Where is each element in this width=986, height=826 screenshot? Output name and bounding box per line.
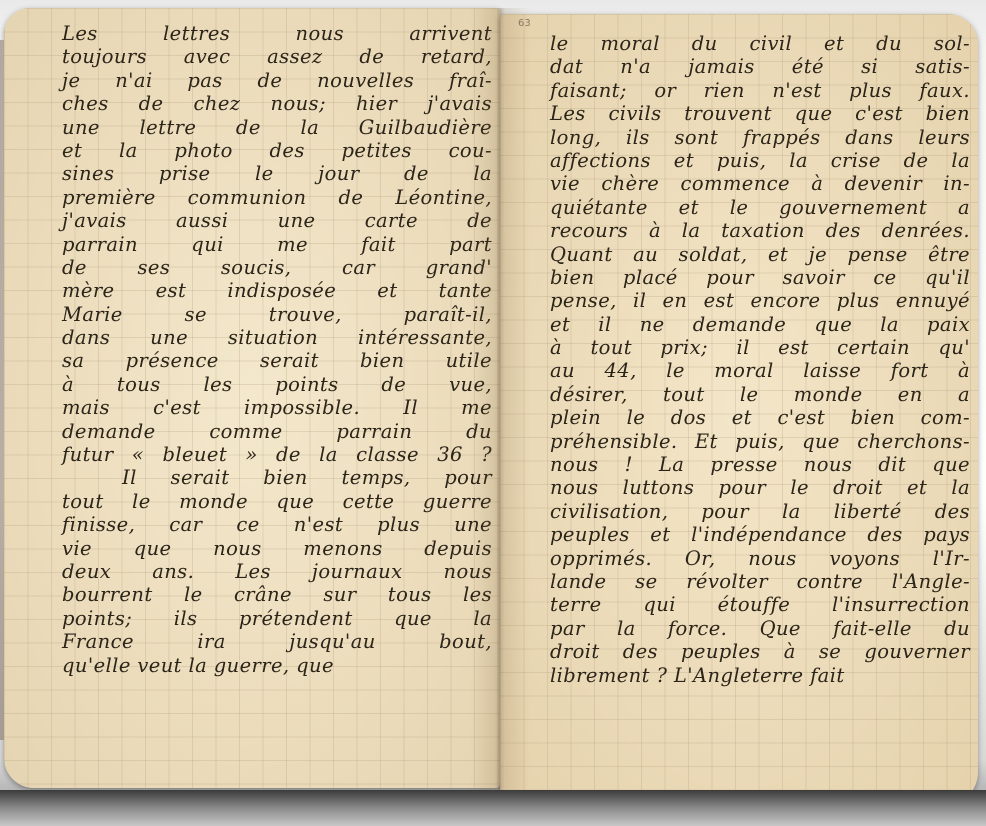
notebook-spread: Les lettres nous arrivent toujours avec … [0, 0, 986, 826]
handwritten-line: affections et puis, la crise de la [550, 149, 970, 172]
handwritten-line: dat n'a jamais été si satis- [550, 55, 970, 78]
handwritten-line: finisse, car ce n'est plus une [62, 513, 492, 536]
handwritten-line: à tout prix; il est certain qu' [550, 336, 970, 359]
handwritten-line: au 44, le moral laisse fort à [550, 359, 970, 382]
handwritten-line: deux ans. Les journaux nous [62, 560, 492, 583]
right-page: 63 le moral du civil et du sol- dat n'a … [500, 14, 978, 806]
handwritten-line: préhensible. Et puis, que cherchons- [550, 430, 970, 453]
handwritten-line: bourrent le crâne sur tous les [62, 583, 492, 606]
handwritten-line-paragraph-start: Il serait bien temps, pour [62, 466, 492, 489]
handwritten-line: plein le dos et c'est bien com- [550, 406, 970, 429]
handwritten-line: nous luttons pour le droit et la [550, 476, 970, 499]
left-page-text: Les lettres nous arrivent toujours avec … [62, 22, 492, 677]
left-page: Les lettres nous arrivent toujours avec … [4, 8, 500, 788]
handwritten-line: qu'elle veut la guerre, que [62, 654, 492, 677]
handwritten-line: mère est indisposée et tante [62, 279, 492, 302]
handwritten-line: dans une situation intéressante, [62, 326, 492, 349]
handwritten-line: tout le monde que cette guerre [62, 490, 492, 513]
handwritten-line: je n'ai pas de nouvelles fraî- [62, 69, 492, 92]
handwritten-line: droit des peuples à se gouverner [550, 640, 970, 663]
handwritten-line: et la photo des petites cou- [62, 139, 492, 162]
handwritten-line: peuples et l'indépendance des pays [550, 523, 970, 546]
handwritten-line: le moral du civil et du sol- [550, 32, 970, 55]
handwritten-line: long, ils sont frappés dans leurs [550, 126, 970, 149]
handwritten-line: j'avais aussi une carte de [62, 209, 492, 232]
handwritten-line: bien placé pour savoir ce qu'il [550, 266, 970, 289]
handwritten-line: faisant; or rien n'est plus faux. [550, 79, 970, 102]
handwritten-line: une lettre de la Guilbaudière [62, 116, 492, 139]
table-shadow [0, 790, 986, 826]
handwritten-line: Quant au soldat, et je pense être [550, 243, 970, 266]
handwritten-line: Les civils trouvent que c'est bien [550, 102, 970, 125]
handwritten-line: futur « bleuet » de la classe 36 ? [62, 443, 492, 466]
handwritten-line: désirer, tout le monde en a [550, 383, 970, 406]
handwritten-line: vie chère commence à devenir in- [550, 172, 970, 195]
handwritten-line: Les lettres nous arrivent [62, 22, 492, 45]
handwritten-line: recours à la taxation des denrées. [550, 219, 970, 242]
handwritten-line: toujours avec assez de retard, [62, 45, 492, 68]
handwritten-line: pense, il en est encore plus ennuyé [550, 289, 970, 312]
handwritten-line: terre qui étouffe l'insurrection [550, 593, 970, 616]
handwritten-line: et il ne demande que la paix [550, 313, 970, 336]
handwritten-line: sa présence serait bien utile [62, 349, 492, 372]
handwritten-line: première communion de Léontine, [62, 186, 492, 209]
page-number: 63 [518, 18, 531, 29]
handwritten-line: ches de chez nous; hier j'avais [62, 92, 492, 115]
handwritten-line: opprimés. Or, nous voyons l'Ir- [550, 547, 970, 570]
handwritten-line: civilisation, pour la liberté des [550, 500, 970, 523]
handwritten-line: librement ? L'Angleterre fait [550, 664, 970, 687]
handwritten-line: vie que nous menons depuis [62, 537, 492, 560]
handwritten-line: à tous les points de vue, [62, 373, 492, 396]
handwritten-line: lande se révolter contre l'Angle- [550, 570, 970, 593]
handwritten-line: quiétante et le gouvernement a [550, 196, 970, 219]
handwritten-line: demande comme parrain du [62, 420, 492, 443]
handwritten-line: de ses soucis, car grand' [62, 256, 492, 279]
handwritten-line: nous ! La presse nous dit que [550, 453, 970, 476]
handwritten-line: Marie se trouve, paraît-il, [62, 303, 492, 326]
handwritten-line: points; ils prétendent que la [62, 607, 492, 630]
handwritten-line: parrain qui me fait part [62, 233, 492, 256]
handwritten-line: France ira jusqu'au bout, [62, 630, 492, 653]
handwritten-line: mais c'est impossible. Il me [62, 396, 492, 419]
right-page-text: le moral du civil et du sol- dat n'a jam… [550, 32, 970, 687]
handwritten-line: sines prise le jour de la [62, 162, 492, 185]
handwritten-line: par la force. Que fait-elle du [550, 617, 970, 640]
